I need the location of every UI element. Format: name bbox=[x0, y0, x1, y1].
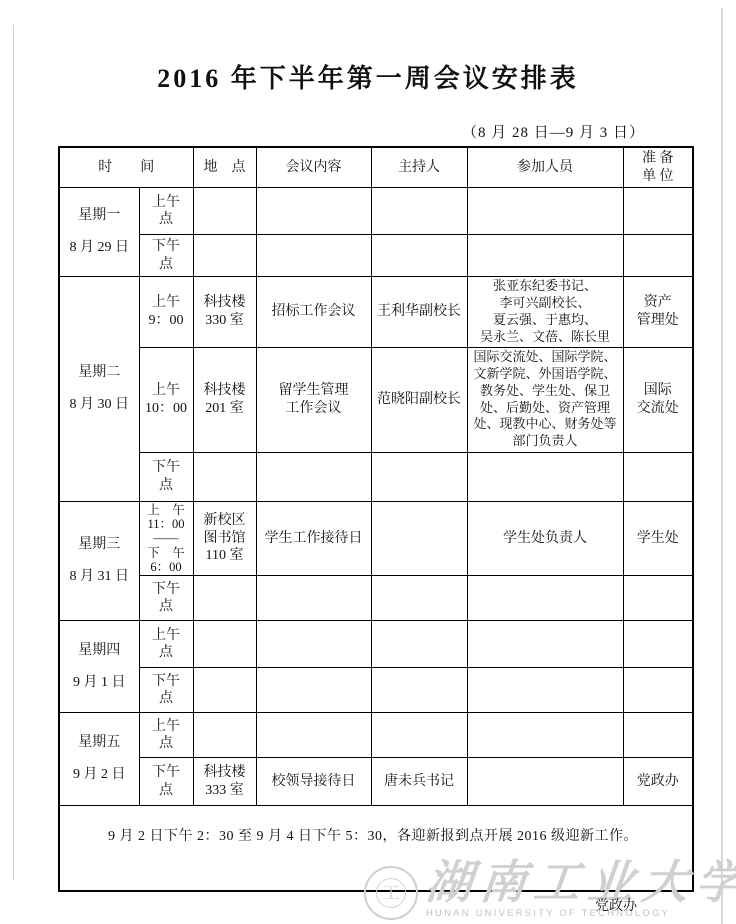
cell-prep-unit: 国际 交流处 bbox=[623, 347, 693, 452]
cell-location bbox=[193, 452, 256, 501]
table-row: 星期五 9 月 2 日 上午 点 bbox=[59, 713, 693, 758]
cell-prep-unit bbox=[623, 188, 693, 235]
cell-participants bbox=[467, 713, 623, 758]
table-row: 上午 10：00 科技楼 201 室 留学生管理 工作会议 范晓阳副校长 国际交… bbox=[59, 347, 693, 452]
cell-host bbox=[371, 713, 467, 758]
cell-participants bbox=[467, 452, 623, 501]
cell-prep-unit bbox=[623, 576, 693, 621]
cell-participants bbox=[467, 576, 623, 621]
cell-time: 上 午 11：00 —— 下 午 6：00 bbox=[139, 501, 193, 576]
document-page: 2016 年下半年第一周会议安排表 （8 月 28 日—9 月 3 日） 时 间… bbox=[0, 0, 736, 924]
table-row: 星期一 8 月 29 日 上午 点 bbox=[59, 188, 693, 235]
cell-prep-unit bbox=[623, 621, 693, 668]
table-row: 星期四 9 月 1 日 上午 点 bbox=[59, 621, 693, 668]
page-title: 2016 年下半年第一周会议安排表 bbox=[0, 58, 736, 95]
cell-time: 下午 点 bbox=[139, 758, 193, 806]
cell-host: 范晓阳副校长 bbox=[371, 347, 467, 452]
cell-participants bbox=[467, 188, 623, 235]
cell-location: 科技楼 330 室 bbox=[193, 277, 256, 348]
cell-location bbox=[193, 576, 256, 621]
header-time: 时 间 bbox=[59, 147, 193, 188]
cell-location: 科技楼 333 室 bbox=[193, 758, 256, 806]
cell-host bbox=[371, 576, 467, 621]
cell-host bbox=[371, 668, 467, 713]
cell-prep-unit bbox=[623, 452, 693, 501]
cell-participants bbox=[467, 758, 623, 806]
day-label-monday: 星期一 8 月 29 日 bbox=[59, 188, 139, 277]
cell-location bbox=[193, 188, 256, 235]
cell-host bbox=[371, 501, 467, 576]
cell-content: 校领导接待日 bbox=[256, 758, 371, 806]
date-range: （8 月 28 日—9 月 3 日） bbox=[0, 121, 736, 142]
cell-participants bbox=[467, 235, 623, 277]
cell-participants: 国际交流处、国际学院、文新学院、外国语学院、教务处、学生处、保卫处、后勤处、资产… bbox=[467, 347, 623, 452]
day-label-tuesday: 星期二 8 月 30 日 bbox=[59, 277, 139, 502]
cell-location bbox=[193, 713, 256, 758]
cell-participants: 学生处负责人 bbox=[467, 501, 623, 576]
cell-location: 新校区 图书馆 110 室 bbox=[193, 501, 256, 576]
table-row: 下午 点 bbox=[59, 452, 693, 501]
cell-content bbox=[256, 452, 371, 501]
cell-participants bbox=[467, 668, 623, 713]
cell-prep-unit bbox=[623, 713, 693, 758]
header-row: 时 间 地 点 会议内容 主持人 参加人员 准 备 单 位 bbox=[59, 147, 693, 188]
cell-content: 招标工作会议 bbox=[256, 277, 371, 348]
day-label-wednesday: 星期三 8 月 31 日 bbox=[59, 501, 139, 621]
cell-host bbox=[371, 621, 467, 668]
table-row: 下午 点 bbox=[59, 576, 693, 621]
cell-prep-unit: 学生处 bbox=[623, 501, 693, 576]
cell-content bbox=[256, 188, 371, 235]
cell-content bbox=[256, 713, 371, 758]
header-location: 地 点 bbox=[193, 147, 256, 188]
cell-time: 下午 点 bbox=[139, 235, 193, 277]
cell-host bbox=[371, 188, 467, 235]
day-label-friday: 星期五 9 月 2 日 bbox=[59, 713, 139, 806]
cell-prep-unit: 资产 管理处 bbox=[623, 277, 693, 348]
cell-location bbox=[193, 235, 256, 277]
cell-content: 学生工作接待日 bbox=[256, 501, 371, 576]
cell-prep-unit bbox=[623, 235, 693, 277]
cell-location bbox=[193, 621, 256, 668]
cell-content: 留学生管理 工作会议 bbox=[256, 347, 371, 452]
schedule-table: 时 间 地 点 会议内容 主持人 参加人员 准 备 单 位 星期一 8 月 29… bbox=[58, 146, 694, 892]
cell-time: 上午 点 bbox=[139, 713, 193, 758]
table-row: 下午 点 bbox=[59, 668, 693, 713]
cell-location bbox=[193, 668, 256, 713]
header-participants: 参加人员 bbox=[467, 147, 623, 188]
cell-time: 上午 9：00 bbox=[139, 277, 193, 348]
header-content: 会议内容 bbox=[256, 147, 371, 188]
day-label-thursday: 星期四 9 月 1 日 bbox=[59, 621, 139, 713]
cell-prep-unit bbox=[623, 668, 693, 713]
cell-host bbox=[371, 452, 467, 501]
cell-participants: 张亚东纪委书记、 李可兴副校长、 夏云强、于惠均、 吴永兰、文蓓、陈长里 bbox=[467, 277, 623, 348]
cell-prep-unit: 党政办 bbox=[623, 758, 693, 806]
cell-content bbox=[256, 576, 371, 621]
cell-host bbox=[371, 235, 467, 277]
table-row: 下午 点 bbox=[59, 235, 693, 277]
cell-host: 唐未兵书记 bbox=[371, 758, 467, 806]
header-prep-unit: 准 备 单 位 bbox=[623, 147, 693, 188]
scan-edge-left bbox=[13, 25, 14, 880]
cell-time: 上午 10：00 bbox=[139, 347, 193, 452]
cell-content bbox=[256, 235, 371, 277]
table-row: 星期二 8 月 30 日 上午 9：00 科技楼 330 室 招标工作会议 王利… bbox=[59, 277, 693, 348]
cell-time: 下午 点 bbox=[139, 576, 193, 621]
header-host: 主持人 bbox=[371, 147, 467, 188]
cell-location: 科技楼 201 室 bbox=[193, 347, 256, 452]
cell-time: 上午 点 bbox=[139, 188, 193, 235]
cell-host: 王利华副校长 bbox=[371, 277, 467, 348]
table-row: 星期三 8 月 31 日 上 午 11：00 —— 下 午 6：00 新校区 图… bbox=[59, 501, 693, 576]
cell-participants bbox=[467, 621, 623, 668]
cell-content bbox=[256, 621, 371, 668]
cell-time: 下午 点 bbox=[139, 668, 193, 713]
cell-content bbox=[256, 668, 371, 713]
cell-time: 下午 点 bbox=[139, 452, 193, 501]
signature-unit: 党政办 bbox=[0, 895, 736, 915]
cell-time: 上午 点 bbox=[139, 621, 193, 668]
scan-edge-right bbox=[721, 8, 723, 924]
table-row: 下午 点 科技楼 333 室 校领导接待日 唐未兵书记 党政办 bbox=[59, 758, 693, 806]
